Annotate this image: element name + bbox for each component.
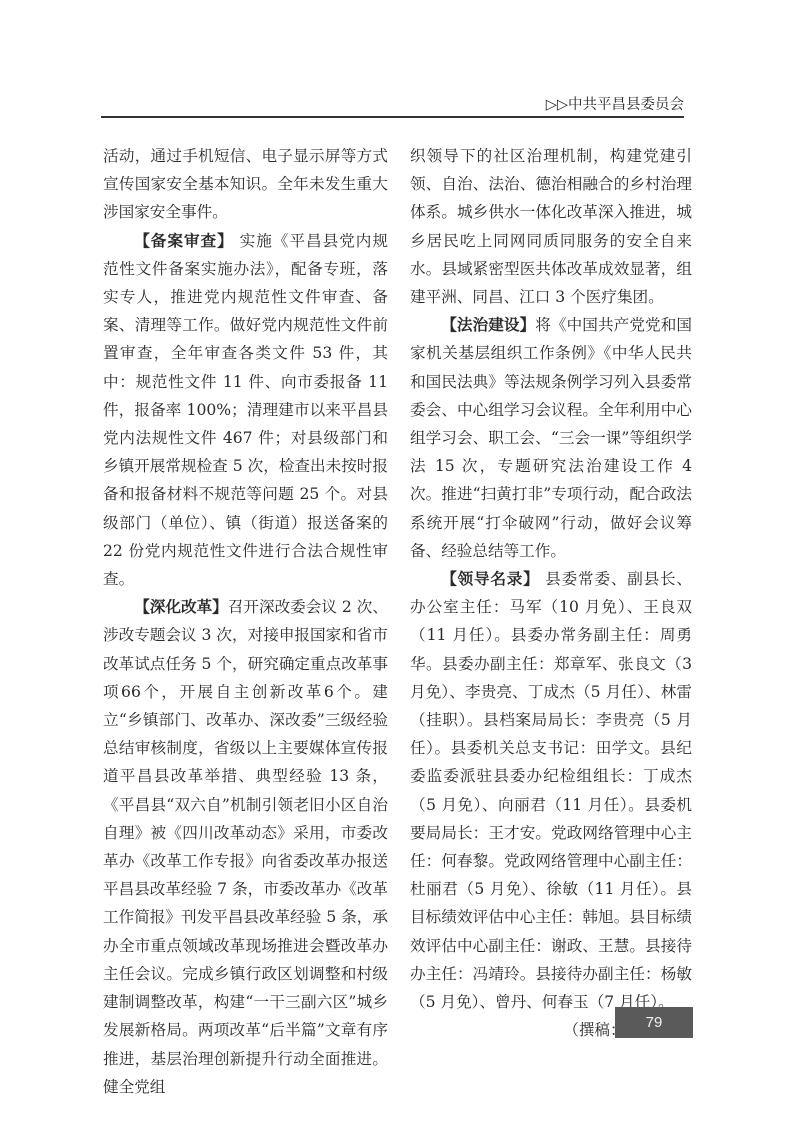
right-column: 织领导下的社区治理机制，构建党建引领、自治、法治、德治相融合的乡村治理体系。城乡… bbox=[410, 142, 692, 1045]
section-body-rule-of-law: 将《中国共产党党和国家机关基层组织工作条例》《中华人民共和国民法典》等法规条例学… bbox=[410, 316, 692, 560]
header-rule bbox=[101, 116, 684, 118]
paragraph-governance-continued: 织领导下的社区治理机制，构建党建引领、自治、法治、德治相融合的乡村治理体系。城乡… bbox=[410, 142, 692, 311]
section-body-leadership-roster: 县委常委、副县长、办公室主任：马军（10 月免）、王良双（11 月任）。县委办常… bbox=[410, 570, 692, 1011]
paragraph-national-security: 活动，通过手机短信、电子显示屏等方式宣传国家安全基本知识。全年未发生重大涉国家安… bbox=[103, 142, 388, 227]
section-body-deepen-reform: 召开深改委会议 2 次、涉改专题会议 3 次，对接申报国家和省市改革试点任务 5… bbox=[103, 598, 388, 1095]
section-title-leadership-roster: 【领导名录】 bbox=[441, 569, 539, 588]
paragraph-filing-review: 【备案审查】 实施《平昌县党内规范性文件备案实施办法》，配备专班，落实专人，推进… bbox=[103, 227, 388, 594]
section-title-rule-of-law: 【法治建设】 bbox=[441, 315, 535, 334]
section-title-filing-review: 【备案审查】 bbox=[134, 231, 234, 250]
paragraph-deepen-reform: 【深化改革】召开深改委会议 2 次、涉改专题会议 3 次，对接申报国家和省市改革… bbox=[103, 593, 388, 1101]
running-head: ▷▷中共平昌县委员会 bbox=[101, 93, 684, 115]
paragraph-leadership-roster: 【领导名录】 县委常委、副县长、办公室主任：马军（10 月免）、王良双（11 月… bbox=[410, 565, 692, 1016]
paragraph-rule-of-law: 【法治建设】将《中国共产党党和国家机关基层组织工作条例》《中华人民共和国民法典》… bbox=[410, 311, 692, 565]
left-column: 活动，通过手机短信、电子显示屏等方式宣传国家安全基本知识。全年未发生重大涉国家安… bbox=[103, 142, 388, 1101]
page-number-badge: 79 bbox=[615, 1007, 693, 1038]
section-body-filing-review: 实施《平昌县党内规范性文件备案实施办法》，配备专班，落实专人，推进党内规范性文件… bbox=[103, 232, 388, 588]
section-title-deepen-reform: 【深化改革】 bbox=[134, 597, 228, 616]
